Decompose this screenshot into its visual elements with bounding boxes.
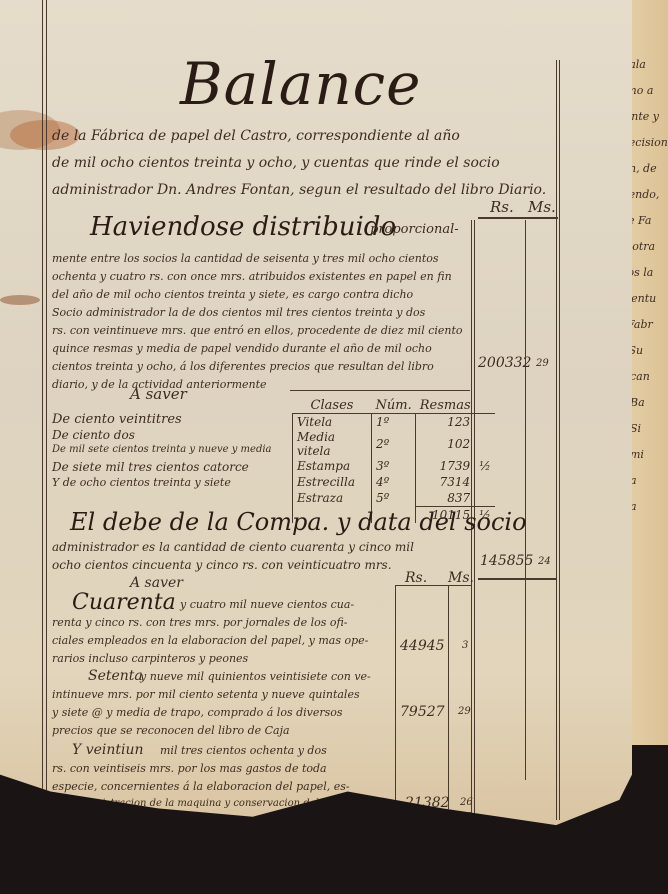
section1-amount-reales: 200332: [478, 355, 531, 371]
item-maravedis: 26: [460, 797, 473, 808]
item-reales: 44945: [400, 638, 445, 654]
header-maravedis: Ms.: [528, 198, 556, 216]
item-line: ciales empleados en la elaboracion del p…: [52, 634, 368, 647]
table-row: Estraza 5º 837: [293, 490, 495, 507]
a-saber-label: A saver: [130, 575, 183, 591]
table-row: Media vitela 2º 102: [293, 430, 495, 458]
header-reales: Rs.: [490, 198, 514, 216]
section2-heading: El debe de la Compa. y data del socio: [70, 508, 527, 536]
item-line: me administracion de la maquina y conser…: [52, 798, 390, 809]
section1-heading: Haviendose distribuido: [90, 212, 396, 242]
page-title: Balance: [180, 50, 422, 118]
rule: [290, 390, 470, 391]
col-num: Núm.: [372, 397, 416, 414]
section2-amount-reales: 145855: [480, 553, 533, 569]
item-heading: Cuarenta: [72, 590, 176, 615]
classes-table: Clases Núm. Resmas Vitela 1º 123 Media v…: [292, 397, 495, 523]
section2-amount-maravedis: 24: [538, 556, 551, 567]
rule: [478, 578, 556, 580]
a-saber-label: A saver: [130, 385, 187, 403]
col-resmas: Resmas: [416, 397, 475, 414]
breakdown-desc: Y de ocho cientos treinta y siete: [52, 476, 231, 489]
section2-line: ocho cientos cincuenta y cinco rs. con v…: [52, 558, 392, 572]
adjacent-page-line: can: [630, 370, 650, 383]
sub-header-reales: Rs.: [405, 570, 427, 586]
section1-line: ochenta y cuatro rs. con once mrs. atrib…: [52, 270, 452, 283]
column-rule: [559, 60, 560, 820]
item-line: rarios incluso carpinteros y peones: [52, 652, 248, 665]
column-rule: [395, 585, 396, 810]
item-maravedis: 3: [462, 640, 468, 651]
intro-line: administrador Dn. Andres Fontan, segun e…: [52, 182, 546, 198]
item-line: precios que se reconocen del libro de Ca…: [52, 724, 290, 737]
table-row: Estampa 3º 1739 ½: [293, 458, 495, 474]
col-clase: Clases: [293, 397, 372, 414]
section1-heading-cont: proporcional-: [370, 222, 459, 237]
column-rule: [448, 585, 449, 810]
section1-line: quince resmas y media de papel vendido d…: [52, 342, 432, 355]
rule: [395, 812, 471, 813]
section1-line: cientos treinta y ocho, á los diferentes…: [52, 360, 434, 373]
rule: [395, 585, 471, 586]
table-row: Vitela 1º 123: [293, 414, 495, 431]
item-line: rs. con veintiseis mrs. por los mas gast…: [52, 762, 327, 775]
breakdown-desc: De siete mil tres cientos catorce: [52, 460, 249, 474]
margin-rule: [46, 0, 47, 842]
section1-amount-maravedis: 29: [536, 358, 549, 369]
section2-line: administrador es la cantidad de ciento c…: [52, 540, 414, 554]
intro-line: de la Fábrica de papel del Castro, corre…: [52, 128, 460, 144]
item-line: y nueve mil quinientos veintisiete con v…: [140, 670, 371, 683]
breakdown-desc: De ciento veintitres: [52, 412, 182, 427]
section1-line: Socio administrador la de dos cientos mi…: [52, 306, 425, 319]
item-heading: Setenta: [88, 668, 143, 684]
margin-rule: [42, 0, 43, 842]
item-line: especie, concernientes á la elaboracion …: [52, 780, 350, 793]
header-rule: [478, 217, 558, 219]
section1-line: mente entre los socios la cantidad de se…: [52, 252, 439, 265]
breakdown-desc: De mil sete cientos treinta y nueve y me…: [52, 444, 272, 455]
item-reales: 79527: [400, 704, 445, 720]
column-rule: [525, 220, 526, 780]
adjacent-page-line: mi: [630, 448, 644, 461]
ledger-page: Balance de la Fábrica de papel del Castr…: [0, 0, 632, 842]
item-reales: 21382: [405, 795, 450, 811]
section1-line: del año de mil ocho cientos treinta y si…: [52, 288, 413, 301]
item-line: intinueve mrs. por mil ciento setenta y …: [52, 688, 360, 701]
item-line: mil tres cientos ochenta y dos: [160, 744, 327, 757]
column-rule: [556, 60, 557, 820]
item-heading: Y veintiun: [72, 742, 144, 758]
section1-line: rs. con veintinueve mrs. que entró en el…: [52, 324, 463, 337]
breakdown-desc: De ciento dos: [52, 428, 135, 442]
section2-total-reales: 145855: [396, 814, 449, 830]
item-line: y siete @ y media de trapo, comprado á l…: [52, 706, 343, 719]
intro-line: de mil ocho cientos treinta y ocho, y cu…: [52, 155, 500, 171]
stain: [0, 295, 40, 305]
section2-total-maravedis: 24: [458, 816, 471, 827]
item-maravedis: 29: [458, 706, 471, 717]
item-line: renta y cinco rs. con tres mrs. por jorn…: [52, 616, 348, 629]
adjacent-page-line: Ba: [630, 396, 645, 409]
table-row: Estrecilla 4º 7314: [293, 474, 495, 490]
sub-header-maravedis: Ms.: [448, 570, 474, 586]
item-line: y cuatro mil nueve cientos cua-: [180, 598, 354, 611]
